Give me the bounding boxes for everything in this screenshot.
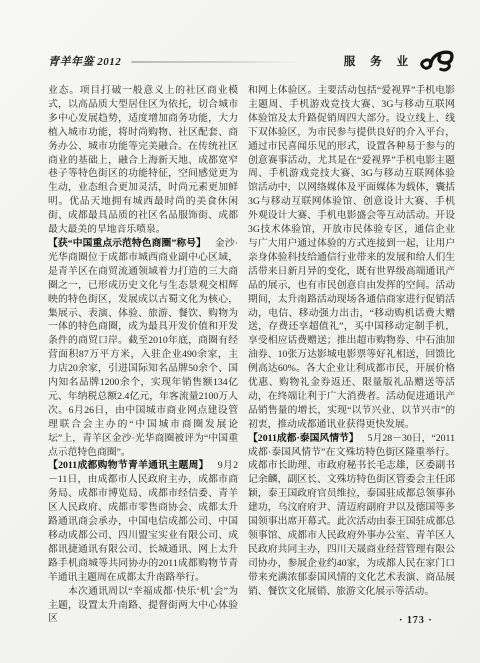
right-column: 和网上体验区。主要活动包括“爱视界”手机电影主题周、手机游戏竞技大赛、3G与移动… (248, 84, 455, 626)
continuation-paragraph: 业态。项目打破一般意义上的社区商业模式，以高品质大型居住区为依托，切合城市多中心… (48, 84, 238, 237)
sub-paragraph: 本次通讯周以“幸福成都·快乐‘机’会”为主题，设置太升南路、提督街两大中心体验区 (48, 585, 238, 627)
continuation-paragraph: 和网上体验区。主要活动包括“爱视界”手机电影主题周、手机游戏竞技大赛、3G与移动… (248, 84, 455, 432)
page-body: 业态。项目打破一般意义上的社区商业模式，以高品质大型居住区为依托，切合城市多中心… (48, 84, 455, 626)
entry-demonstration-business-circle: 【获“中国重点示范特色商圈”称号】金沙·光华商圈位于成都市城西商业副中心区域，是… (48, 237, 238, 460)
entry-heading: 【获“中国重点示范特色商圈”称号】 (48, 238, 206, 249)
book-title: 青羊年鉴 2012 (48, 53, 121, 69)
header-rule (131, 61, 302, 63)
page-number: · 173 · (399, 615, 433, 626)
entry-text: 金沙·光华商圈位于成都市城西商业副中心区域，是青羊区在商贸流通领域着力打造的三大… (48, 238, 238, 458)
ram-calligraphy-logo-icon (418, 47, 456, 73)
entry-heading: 【2011成都购物节青羊通讯主题周】 (48, 460, 209, 471)
entry-text: 5月28－30日，“2011成都·泰国风情节”在文殊坊特色街区隆重举行。成都市长… (248, 433, 455, 597)
running-head: 青羊年鉴 2012 服 务 业 (48, 52, 456, 70)
left-column: 业态。项目打破一般意义上的社区商业模式，以高品质大型居住区为依托，切合城市多中心… (48, 84, 238, 626)
yearbook-page: 青羊年鉴 2012 服 务 业 业态。项目打破一般意义上的社区商业模式，以高品质… (0, 0, 480, 663)
entry-text: 9月2－11日，由成都市人民政府主办，成都市商务局、成都市博览局、成都市经信委、… (48, 460, 238, 582)
entry-heading: 【2011成都·泰国风情节】 (248, 433, 359, 444)
entry-telecom-theme-week: 【2011成都购物节青羊通讯主题周】9月2－11日，由成都市人民政府主办，成都市… (48, 459, 238, 584)
section-title: 服 务 业 (344, 53, 414, 69)
entry-thailand-festival: 【2011成都·泰国风情节】5月28－30日，“2011成都·泰国风情节”在文殊… (248, 432, 455, 599)
